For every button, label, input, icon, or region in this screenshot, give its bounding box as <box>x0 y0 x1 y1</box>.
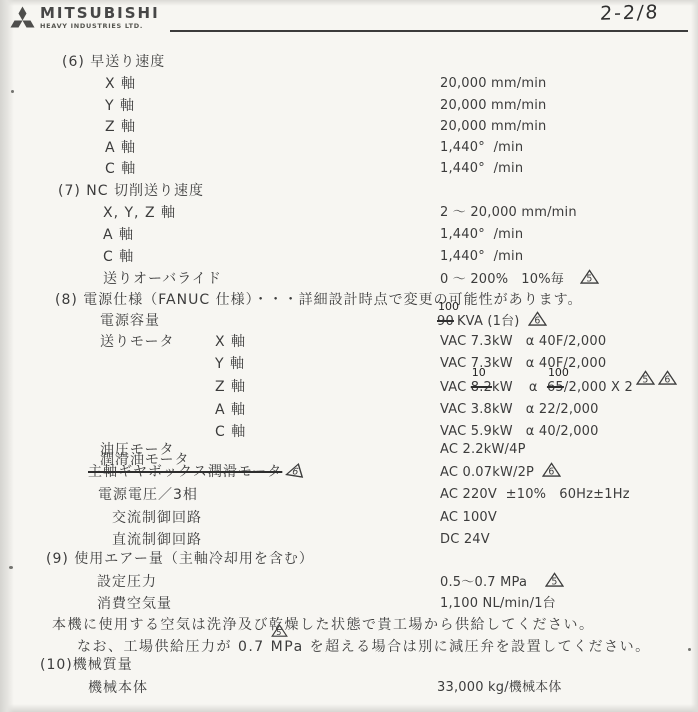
note-row: 本機に使用する空気は洗浄及び乾燥した状態で貴工場から供給してください。 <box>0 615 698 635</box>
voltage-row: 電源電圧／3相 AC 220V ±10% 60Hz±1Hz <box>0 485 698 505</box>
section-8-title-row: (8) 電源仕様（FANUC 仕様）・・・詳細設計時点で変更の可能性があります。 <box>0 290 698 310</box>
feed-motor-row: 送りモータ X 軸 VAC 7.3kW α 40F/2,000 <box>0 332 698 352</box>
annotated-unit: 5MPa <box>271 637 304 657</box>
handwritten-revision-triangle-icon: 6 <box>285 461 309 478</box>
spec-label: X, Y, Z 軸 <box>103 203 176 223</box>
spec-value: VAC 7.3kW α 40F/2,000 <box>440 354 606 374</box>
revision-triangle-icon: 5 <box>636 370 655 385</box>
handwritten-correction: 10 <box>472 367 486 378</box>
spec-label: 消費空気量 <box>97 594 172 614</box>
section-10-title-row: (10)機械質量 <box>0 655 698 675</box>
svg-text:5: 5 <box>276 627 282 637</box>
spec-label: Z 軸 <box>215 377 246 397</box>
spec-row: C 軸 VAC 5.9kW α 40/2,000 <box>0 422 698 442</box>
value-text: AC 0.07kW/2P <box>440 465 534 480</box>
spec-row-corrected: Z 軸 VAC 108.2kWα 10065/2,000 X 256 <box>0 377 698 397</box>
lube-motor-struck-row: 主軸ギヤボックス潤滑モータ6 AC 0.07kW/2P6 <box>0 462 698 482</box>
revision-triangle-icon: 6 <box>658 370 677 385</box>
struck-text: 90 <box>437 314 454 329</box>
spec-value: 20,000 mm/min <box>440 117 546 137</box>
note-text: を超える場合は別に減圧弁を設置してください。 <box>304 639 651 655</box>
spec-row: Y 軸 20,000 mm/min <box>0 96 698 116</box>
spec-value: 33,000 kg/機械本体 <box>437 678 562 698</box>
spec-label: X 軸 <box>215 332 246 352</box>
spec-value: 20,000 mm/min <box>440 74 546 94</box>
mitsubishi-three-diamond-icon <box>10 6 35 28</box>
spec-label: C 軸 <box>105 159 136 179</box>
revision-triangle-icon: 5 <box>271 624 288 637</box>
spec-value: 1,440° /min <box>440 225 523 245</box>
value-text: kW <box>492 380 513 395</box>
spec-value: 1,440° /min <box>440 247 523 267</box>
svg-text:6: 6 <box>664 375 670 385</box>
spec-label: 直流制御回路 <box>112 530 202 550</box>
svg-text:6: 6 <box>549 467 555 477</box>
section-title: (8) 電源仕様（FANUC 仕様）・・・詳細設計時点で変更の可能性があります。 <box>55 290 582 310</box>
spec-value: DC 24V <box>440 530 490 550</box>
scanned-spec-document-page: MITSUBISHI HEAVY INDUSTRIES LTD. 2-2/8 (… <box>0 0 698 712</box>
value-text: 0 ～ 200% 10%毎 <box>440 272 564 287</box>
svg-text:5: 5 <box>552 577 558 587</box>
handwritten-correction: 100 <box>438 301 459 312</box>
spec-value: 0.5～0.7 MPa5 <box>440 572 564 593</box>
brand-subtext: HEAVY INDUSTRIES LTD. <box>40 22 160 30</box>
spec-value: 1,440° /min <box>440 159 523 179</box>
struck-text: 主軸ギヤボックス潤滑モータ <box>88 464 282 480</box>
spec-label: 機械本体 <box>88 678 148 698</box>
spec-row: C 軸 1,440° /min <box>0 247 698 267</box>
spec-value: 1,440° /min <box>440 138 523 158</box>
spec-row: A 軸 1,440° /min <box>0 225 698 245</box>
spec-row: A 軸 VAC 3.8kW α 22/2,000 <box>0 400 698 420</box>
spec-value: 0 ～ 200% 10%毎5 <box>440 269 599 290</box>
section-title: (10)機械質量 <box>40 655 133 675</box>
section-title: (7) NC 切削送り速度 <box>58 181 204 201</box>
note-row: なお、工場供給圧力が 0.7 5MPa を超える場合は別に減圧弁を設置してくださ… <box>0 637 698 657</box>
spec-value: VAC 108.2kWα 10065/2,000 X 256 <box>440 377 677 398</box>
note-line: 本機に使用する空気は洗浄及び乾燥した状態で貴工場から供給してください。 <box>52 615 595 635</box>
section-title: (9) 使用エアー量（主軸冷却用を含む） <box>46 549 314 569</box>
page-number: 2-2/8 <box>600 1 660 25</box>
svg-text:5: 5 <box>642 375 648 385</box>
spec-value: AC 220V ±10% 60Hz±1Hz <box>440 485 630 505</box>
revision-triangle-icon: 6 <box>528 311 547 326</box>
struck-text: 8.2 <box>471 380 492 395</box>
spec-label: A 軸 <box>215 400 246 420</box>
note-text: MPa <box>271 639 304 655</box>
spec-row: X, Y, Z 軸 2 ～ 20,000 mm/min <box>0 203 698 223</box>
spec-row: C 軸 1,440° /min <box>0 159 698 179</box>
power-capacity-row: 電源容量 10090KVA (1台)6 <box>0 311 698 331</box>
spec-label: C 軸 <box>103 247 134 267</box>
spec-value: 1,100 NL/min/1台 <box>440 594 556 614</box>
spec-row: 送りオーバライド 0 ～ 200% 10%毎5 <box>0 269 698 289</box>
spec-value: 2 ～ 20,000 mm/min <box>440 203 577 223</box>
header-rule <box>170 30 688 32</box>
value-text: α <box>529 380 542 395</box>
corrected-value: 108.2 <box>471 378 492 398</box>
section-title: (6) 早送り速度 <box>62 52 165 72</box>
spec-label: 電源電圧／3相 <box>98 485 198 505</box>
spec-value: VAC 5.9kW α 40/2,000 <box>440 422 599 442</box>
spec-row: 設定圧力 0.5～0.7 MPa5 <box>0 572 698 592</box>
revision-triangle-icon: 6 <box>542 462 561 477</box>
value-text: VAC <box>440 380 471 395</box>
spec-row: 消費空気量 1,100 NL/min/1台 <box>0 594 698 614</box>
section-9-title-row: (9) 使用エアー量（主軸冷却用を含む） <box>0 549 698 569</box>
spec-value: AC 100V <box>440 508 497 528</box>
spec-row: 直流制御回路 DC 24V <box>0 530 698 550</box>
spec-row: X 軸 20,000 mm/min <box>0 74 698 94</box>
spec-label: Z 軸 <box>105 117 136 137</box>
corrected-value: 10090 <box>437 312 454 332</box>
spec-label: 交流制御回路 <box>112 508 202 528</box>
group-label: 送りモータ <box>100 332 174 352</box>
struck-text: 65 <box>547 380 564 395</box>
mitsubishi-logo: MITSUBISHI HEAVY INDUSTRIES LTD. <box>10 6 160 30</box>
section-7-title-row: (7) NC 切削送り速度 <box>0 181 698 201</box>
corrected-value: 10065 <box>547 378 564 398</box>
brand-text: MITSUBISHI <box>40 6 160 21</box>
handwritten-correction: 100 <box>548 367 569 378</box>
spec-row: A 軸 1,440° /min <box>0 138 698 158</box>
svg-text:5: 5 <box>586 274 592 284</box>
note-text: なお、工場供給圧力が 0.7 <box>77 639 271 655</box>
spec-label: 送りオーバライド <box>103 269 222 289</box>
spec-label: Y 軸 <box>105 96 135 116</box>
spec-label: 設定圧力 <box>97 572 157 592</box>
note-line: なお、工場供給圧力が 0.7 5MPa を超える場合は別に減圧弁を設置してくださ… <box>77 637 651 657</box>
spec-label: X 軸 <box>105 74 136 94</box>
struck-label-wrap: 主軸ギヤボックス潤滑モータ6 <box>88 462 306 482</box>
spec-label: C 軸 <box>215 422 246 442</box>
spec-label: A 軸 <box>103 225 134 245</box>
spec-row: Z 軸 20,000 mm/min <box>0 117 698 137</box>
spec-row: Y 軸 VAC 7.3kW α 40F/2,000 <box>0 354 698 374</box>
svg-text:6: 6 <box>534 316 540 326</box>
revision-triangle-icon: 5 <box>580 269 599 284</box>
spec-value: AC 0.07kW/2P6 <box>440 462 561 483</box>
spec-row: 機械本体 33,000 kg/機械本体 <box>0 678 698 698</box>
revision-triangle-icon: 5 <box>545 572 564 587</box>
spec-label: Y 軸 <box>215 354 245 374</box>
spec-value: 10090KVA (1台)6 <box>437 311 547 332</box>
value-text: /2,000 X 2 <box>564 380 633 395</box>
value-text: KVA (1台) <box>457 314 520 329</box>
spec-value: VAC 3.8kW α 22/2,000 <box>440 400 599 420</box>
section-6-title-row: (6) 早送り速度 <box>0 52 698 72</box>
value-text: 0.5～0.7 MPa <box>440 575 527 590</box>
spec-value: 20,000 mm/min <box>440 96 546 116</box>
spec-value: VAC 7.3kW α 40F/2,000 <box>440 332 606 352</box>
spec-label: A 軸 <box>105 138 136 158</box>
spec-label: 電源容量 <box>100 311 160 331</box>
spec-row: 交流制御回路 AC 100V <box>0 508 698 528</box>
